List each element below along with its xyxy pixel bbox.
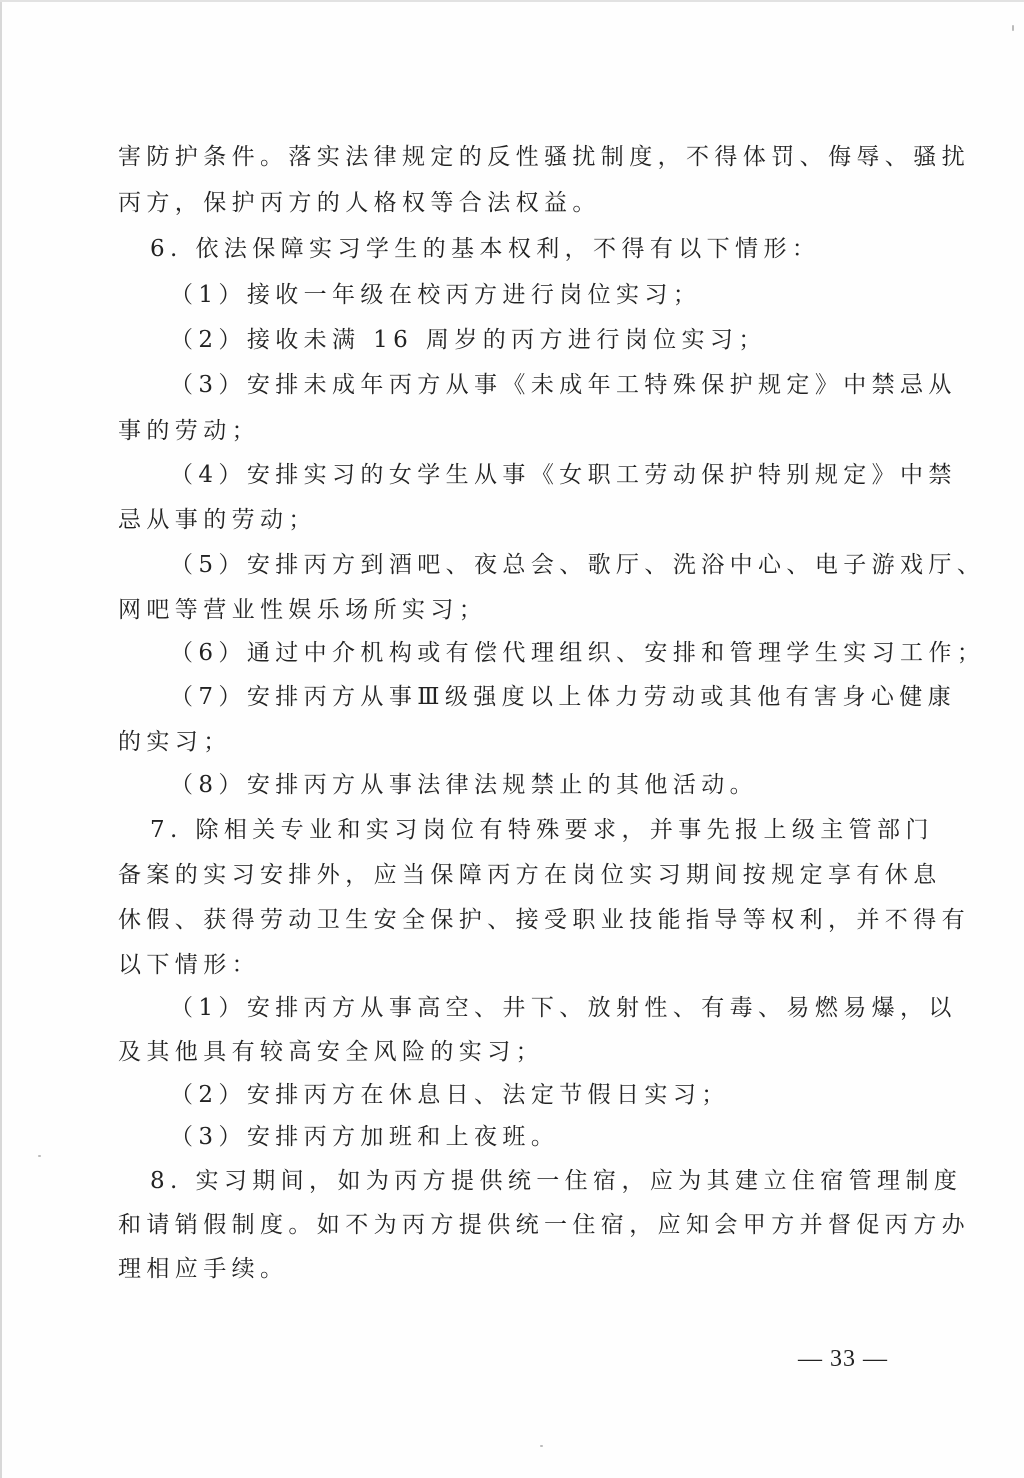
text-line: 及其他具有较高安全风险的实习； — [118, 1037, 544, 1067]
text-line: 网吧等营业性娱乐场所实习； — [118, 595, 487, 625]
text-line: （2）安排丙方在休息日、法定节假日实习； — [170, 1080, 730, 1110]
text-line: （5）安排丙方到酒吧、夜总会、歌厅、洗浴中心、电子游戏厅、 — [170, 550, 985, 580]
scan-speck — [540, 1445, 543, 1447]
text-line: 8. 实习期间，如为丙方提供统一住宿，应为其建立住宿管理制度 — [150, 1166, 962, 1196]
text-line: 7. 除相关专业和实习岗位有特殊要求，并事先报上级主管部门 — [150, 815, 934, 845]
text-line: （2）接收未满 16 周岁的丙方进行岗位实习； — [170, 325, 767, 355]
text-line: 6. 依法保障实习学生的基本权利，不得有以下情形： — [150, 234, 820, 264]
text-line: （3）安排未成年丙方从事《未成年工特殊保护规定》中禁忌从 — [170, 370, 957, 400]
document-page: 害防护条件。落实法律规定的反性骚扰制度，不得体罚、侮辱、骚扰丙方，保护丙方的人格… — [0, 0, 1024, 1478]
text-line: 丙方，保护丙方的人格权等合法权益。 — [118, 188, 601, 218]
text-line: （1）接收一年级在校丙方进行岗位实习； — [170, 280, 701, 310]
text-line: （3）安排丙方加班和上夜班。 — [170, 1122, 559, 1152]
text-line: 害防护条件。落实法律规定的反性骚扰制度，不得体罚、侮辱、骚扰 — [118, 142, 970, 172]
text-line: 休假、获得劳动卫生安全保护、接受职业技能指导等权利，并不得有 — [118, 905, 970, 935]
text-line: 事的劳动； — [118, 416, 260, 446]
text-line: 以下情形： — [118, 950, 260, 980]
scan-edge-left — [0, 0, 2, 1478]
text-line: 和请销假制度。如不为丙方提供统一住宿，应知会甲方并督促丙方办 — [118, 1210, 970, 1240]
text-line: （1）安排丙方从事高空、井下、放射性、有毒、易燃易爆，以 — [170, 993, 957, 1023]
text-line: （7）安排丙方从事Ⅲ级强度以上体力劳动或其他有害身心健康 — [170, 682, 956, 712]
text-line: （4）安排实习的女学生从事《女职工劳动保护特别规定》中禁 — [170, 460, 957, 490]
text-line: 忌从事的劳动； — [118, 505, 317, 535]
text-line: （6）通过中介机构或有偿代理组织、安排和管理学生实习工作； — [170, 638, 985, 668]
text-line: 备案的实习安排外，应当保障丙方在岗位实习期间按规定享有休息 — [118, 860, 942, 890]
text-line: （8）安排丙方从事法律法规禁止的其他活动。 — [170, 770, 758, 800]
text-line: 理相应手续。 — [118, 1254, 288, 1284]
scan-speck — [38, 1155, 41, 1157]
scan-edge-top — [0, 0, 1024, 2]
page-number: — 33 — — [798, 1346, 888, 1373]
scan-speck — [1012, 25, 1014, 31]
text-line: 的实习； — [118, 727, 232, 757]
